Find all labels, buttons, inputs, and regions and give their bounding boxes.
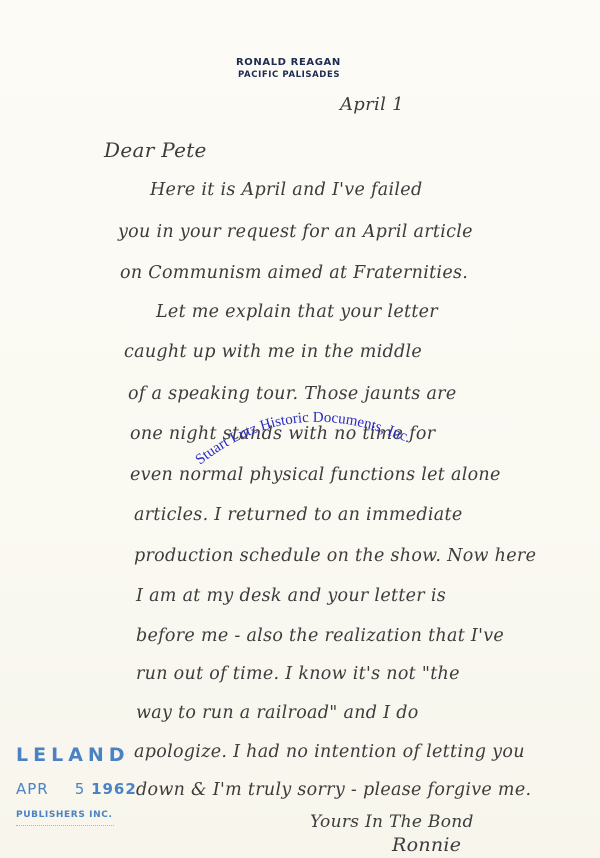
letterhead-name: RONALD REAGAN [236,56,376,69]
signature: Ronnie [392,834,461,856]
closing: Yours In The Bond [310,812,474,832]
body-line: run out of time. I know it's not "the [136,664,460,684]
body-line: even normal physical functions let alone [130,465,501,485]
body-line: you in your request for an April article [118,222,473,242]
body-line: of a speaking tour. Those jaunts are [128,384,457,404]
body-line: I am at my desk and your letter is [136,586,446,606]
body-line: apologize. I had no intention of letting… [134,742,525,762]
stamp-divider [16,825,114,826]
stamp-month: APR [16,780,49,798]
stamp-publisher: PUBLISHERS INC. [16,810,137,820]
body-line: before me - also the realization that I'… [136,626,504,646]
letterhead-location: PACIFIC PALISADES [238,69,376,81]
body-line: way to run a railroad" and I do [136,703,419,723]
letterhead: RONALD REAGAN PACIFIC PALISADES [236,56,376,81]
stamp-company: LELAND [16,744,137,766]
body-line: caught up with me in the middle [124,342,422,362]
body-line: down & I'm truly sorry - please forgive … [136,780,531,800]
body-line: one night stands with no time for [130,424,435,444]
stamp-date: APR 5 1962 [16,780,137,798]
stamp-year: 1962 [91,780,137,798]
stamp-day: 5 [75,780,86,798]
body-line: production schedule on the show. Now her… [134,546,536,566]
body-line: Let me explain that your letter [156,302,438,322]
body-line: Here it is April and I've failed [150,180,422,200]
received-stamp: LELAND APR 5 1962 PUBLISHERS INC. [16,744,137,826]
letter-date: April 1 [340,94,404,115]
body-line: articles. I returned to an immediate [134,505,463,525]
body-line: on Communism aimed at Fraternities. [120,263,468,283]
salutation: Dear Pete [104,138,207,162]
letter-paper: RONALD REAGAN PACIFIC PALISADES April 1 … [0,0,600,858]
